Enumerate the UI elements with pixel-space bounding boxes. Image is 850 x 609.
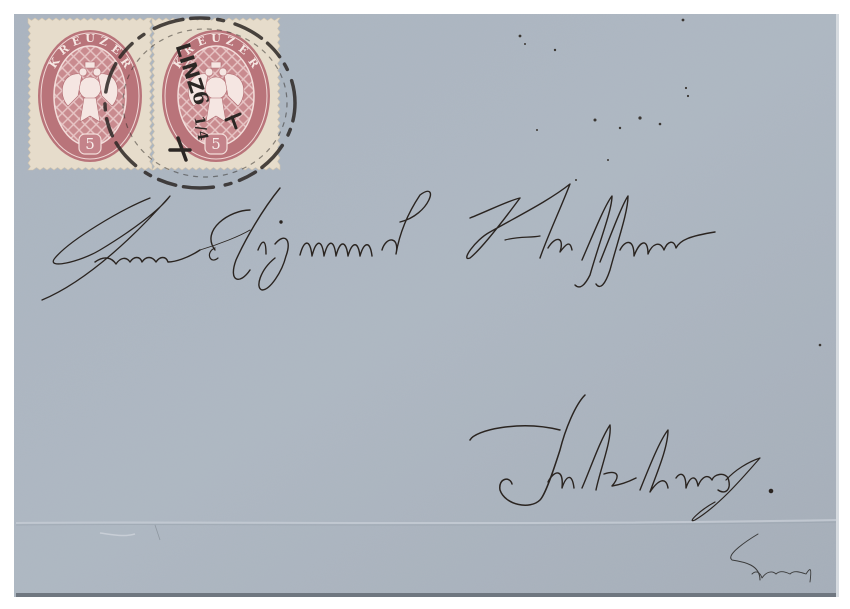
stamp-value: 5 bbox=[211, 135, 221, 153]
svg-text:U: U bbox=[211, 32, 221, 45]
postal-cover-photo: KREUZER5KREUZER5 LINZ 6 1/4 bbox=[0, 0, 850, 609]
svg-text:U: U bbox=[85, 32, 95, 45]
stamp-value: 5 bbox=[85, 135, 95, 153]
stamp-right: KREUZER5 bbox=[152, 18, 280, 170]
stamp-left: KREUZER5 bbox=[28, 18, 152, 170]
stamp-pair: KREUZER5KREUZER5 bbox=[28, 18, 280, 170]
